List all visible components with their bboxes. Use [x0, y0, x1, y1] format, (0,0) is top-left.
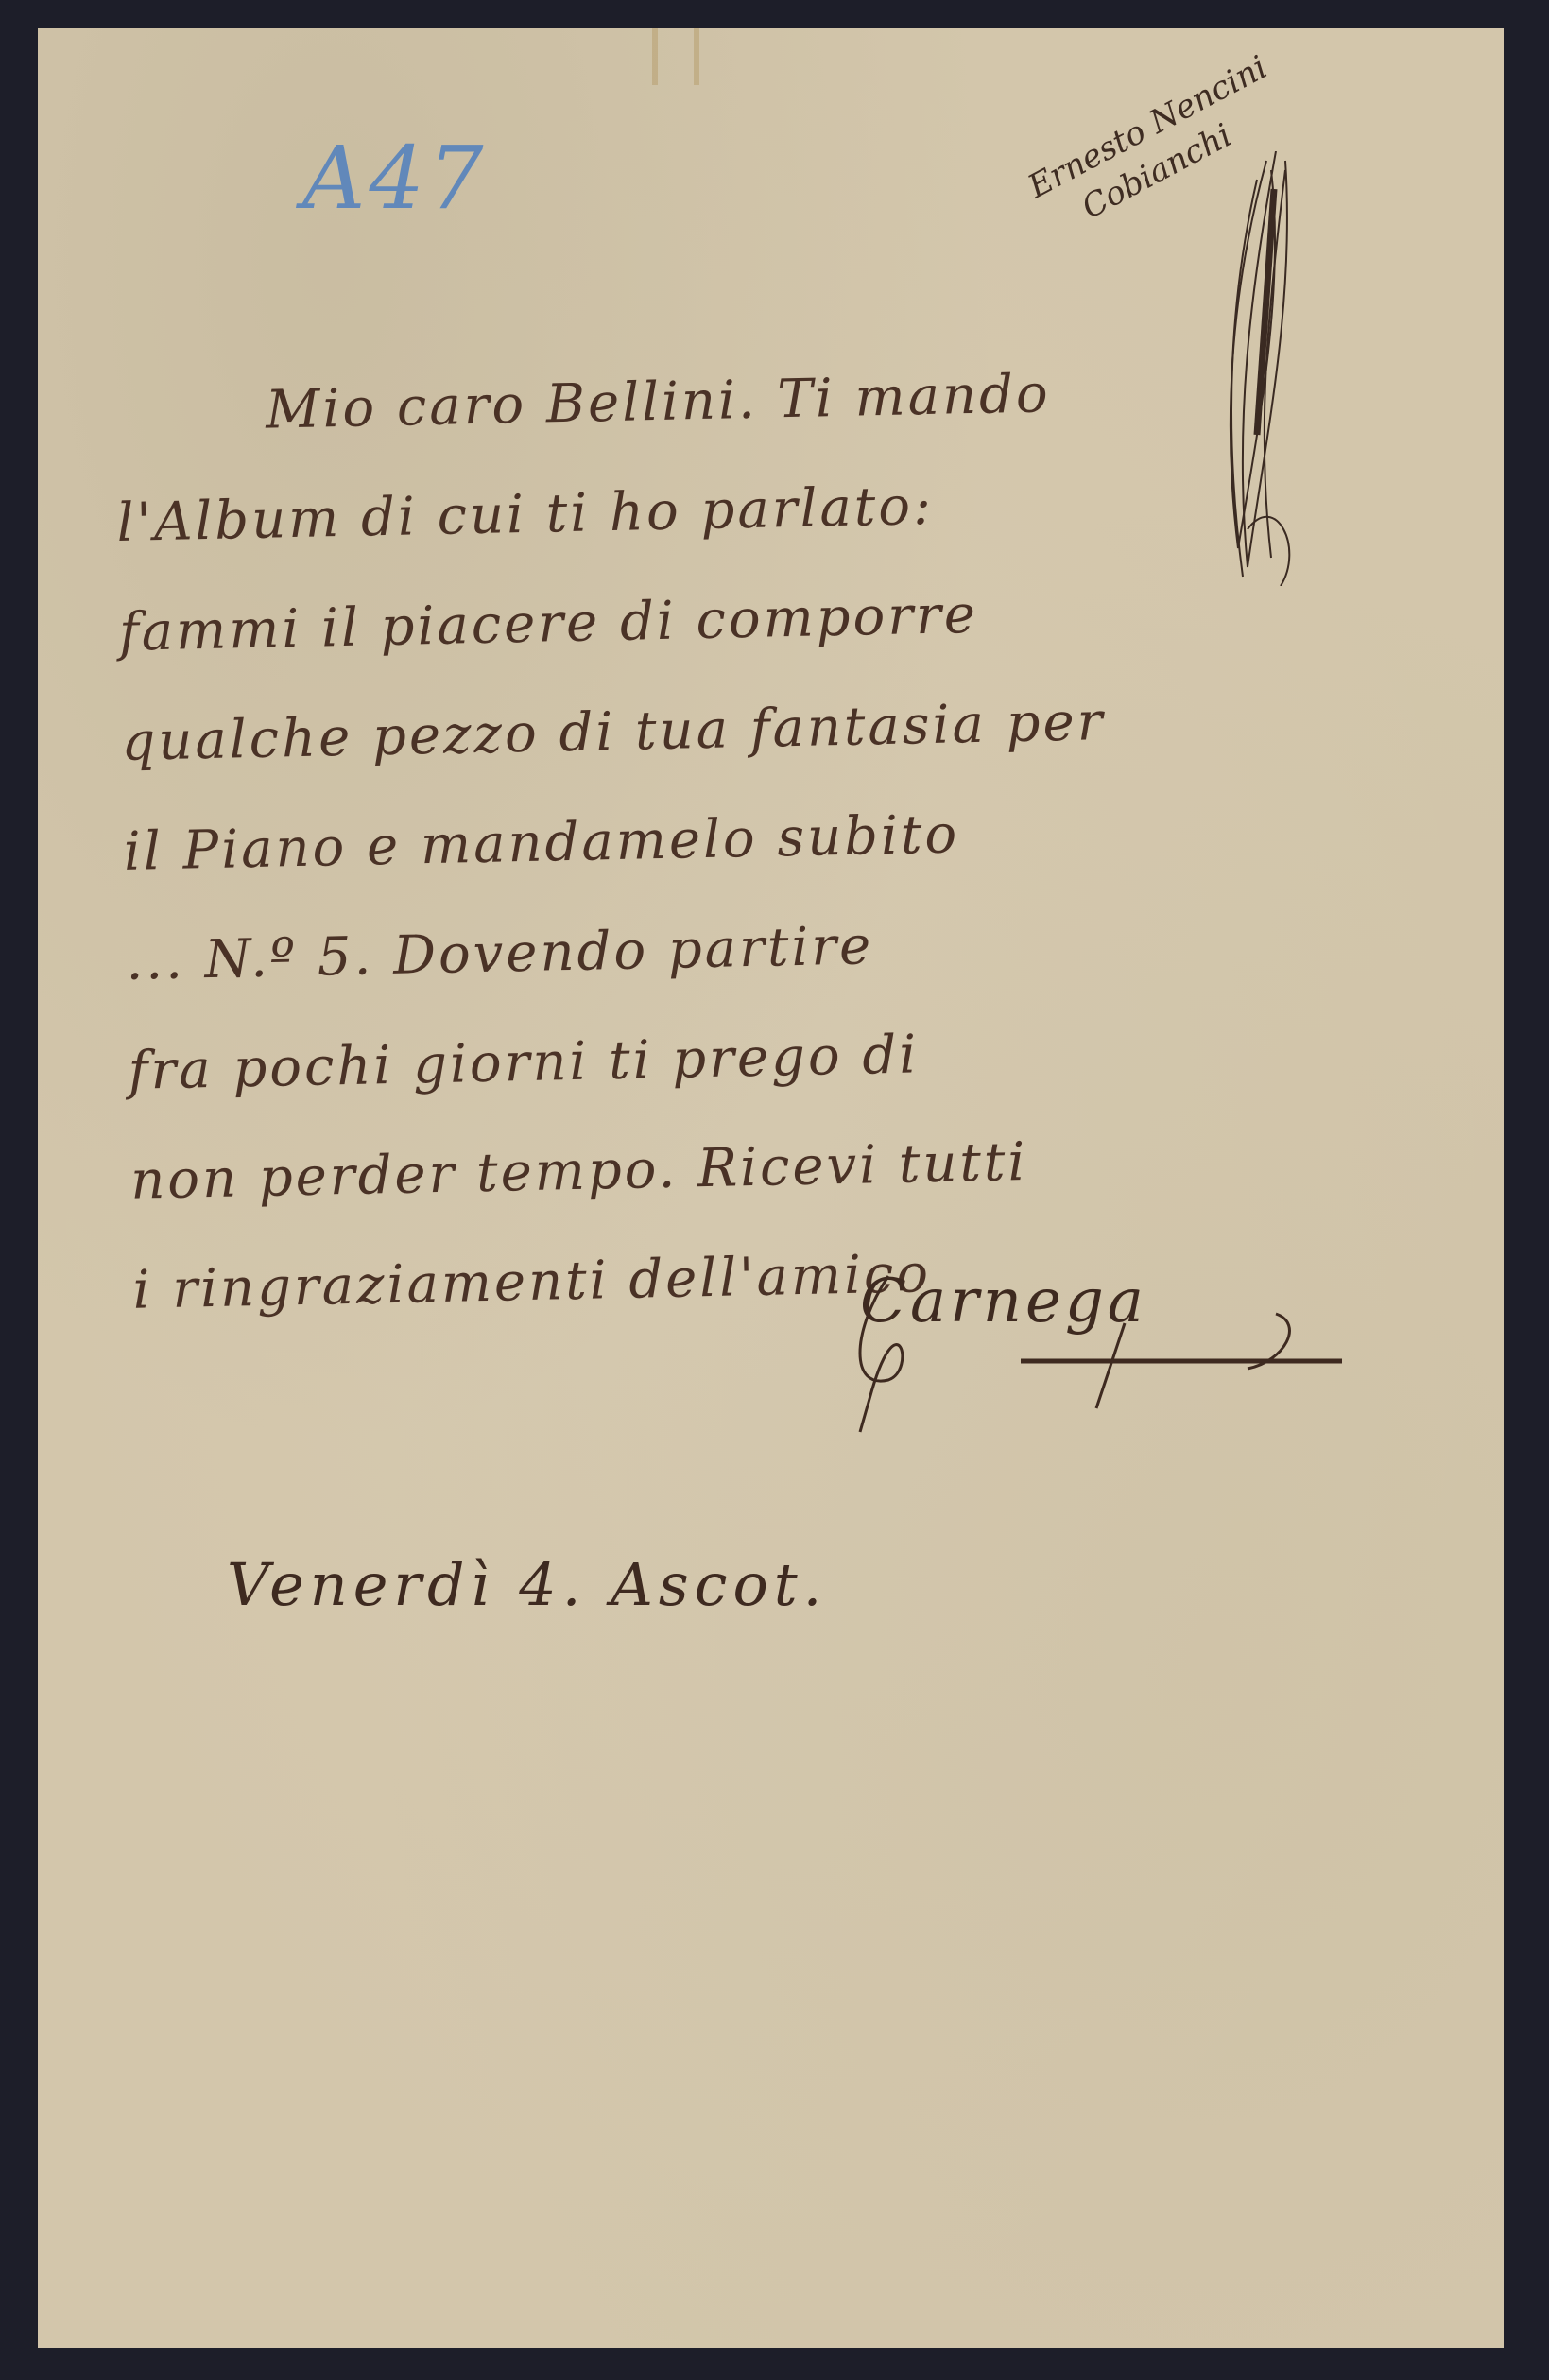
signature: Carnega: [860, 1267, 1147, 1337]
letter-body: Mio caro Bellini. Ti mando l'Album di cu…: [113, 331, 1495, 1346]
paper-stain: [694, 28, 699, 85]
paper-stain: [652, 28, 658, 85]
shelfmark-annotation: A47: [302, 128, 488, 229]
dateline: Venerdì 4. Ascot.: [227, 1550, 827, 1619]
